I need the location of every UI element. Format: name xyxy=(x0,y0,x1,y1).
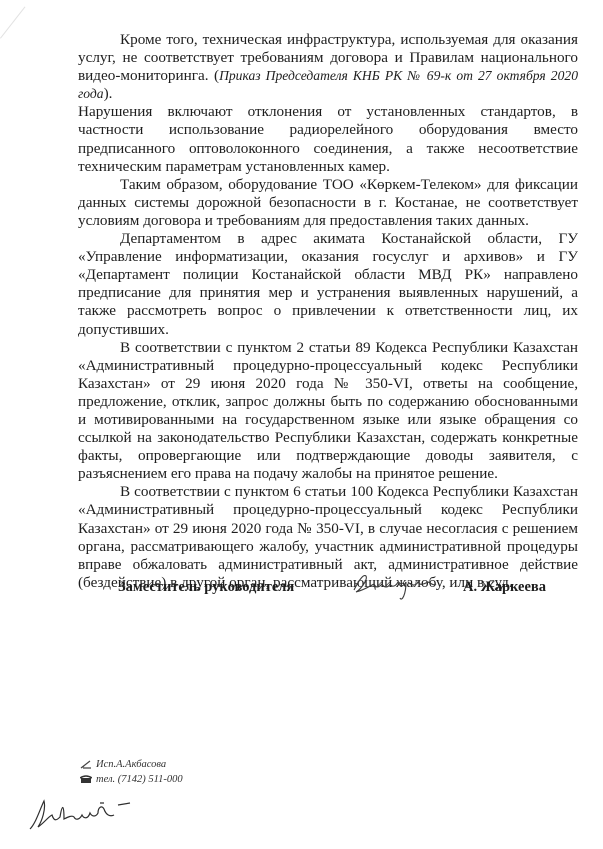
signatory-title: Заместитель руководителя xyxy=(118,579,294,596)
page-fold-edge-shadow xyxy=(0,6,25,38)
paragraph-infrastructure: Кроме того, техническая инфраструктура, … xyxy=(78,31,578,103)
paragraph-prescription: Департаментом в адрес акимата Костанайск… xyxy=(78,230,578,339)
executor-signature-icon xyxy=(26,795,136,835)
signature-block: Заместитель руководителя А. Жаркеева xyxy=(118,574,578,614)
paragraph-violations: Нарушения включают отклонения от установ… xyxy=(78,103,578,175)
telephone-icon xyxy=(80,775,92,784)
executor-phone: тел. (7142) 511-000 xyxy=(96,772,183,787)
pen-icon xyxy=(80,760,92,769)
paragraph-article-89: В соответствии с пунктом 2 статьи 89 Код… xyxy=(78,339,578,484)
letter-body: Кроме того, техническая инфраструктура, … xyxy=(78,31,578,592)
handwritten-signature-icon xyxy=(350,568,450,604)
signatory-name: А. Жаркеева xyxy=(463,579,546,596)
paragraph-conclusion: Таким образом, оборудование ТОО «Көркем-… xyxy=(78,176,578,230)
executor-info: Исп.А.Акбасова тел. (7142) 511-000 xyxy=(80,757,183,787)
executor-name: Исп.А.Акбасова xyxy=(96,757,166,772)
